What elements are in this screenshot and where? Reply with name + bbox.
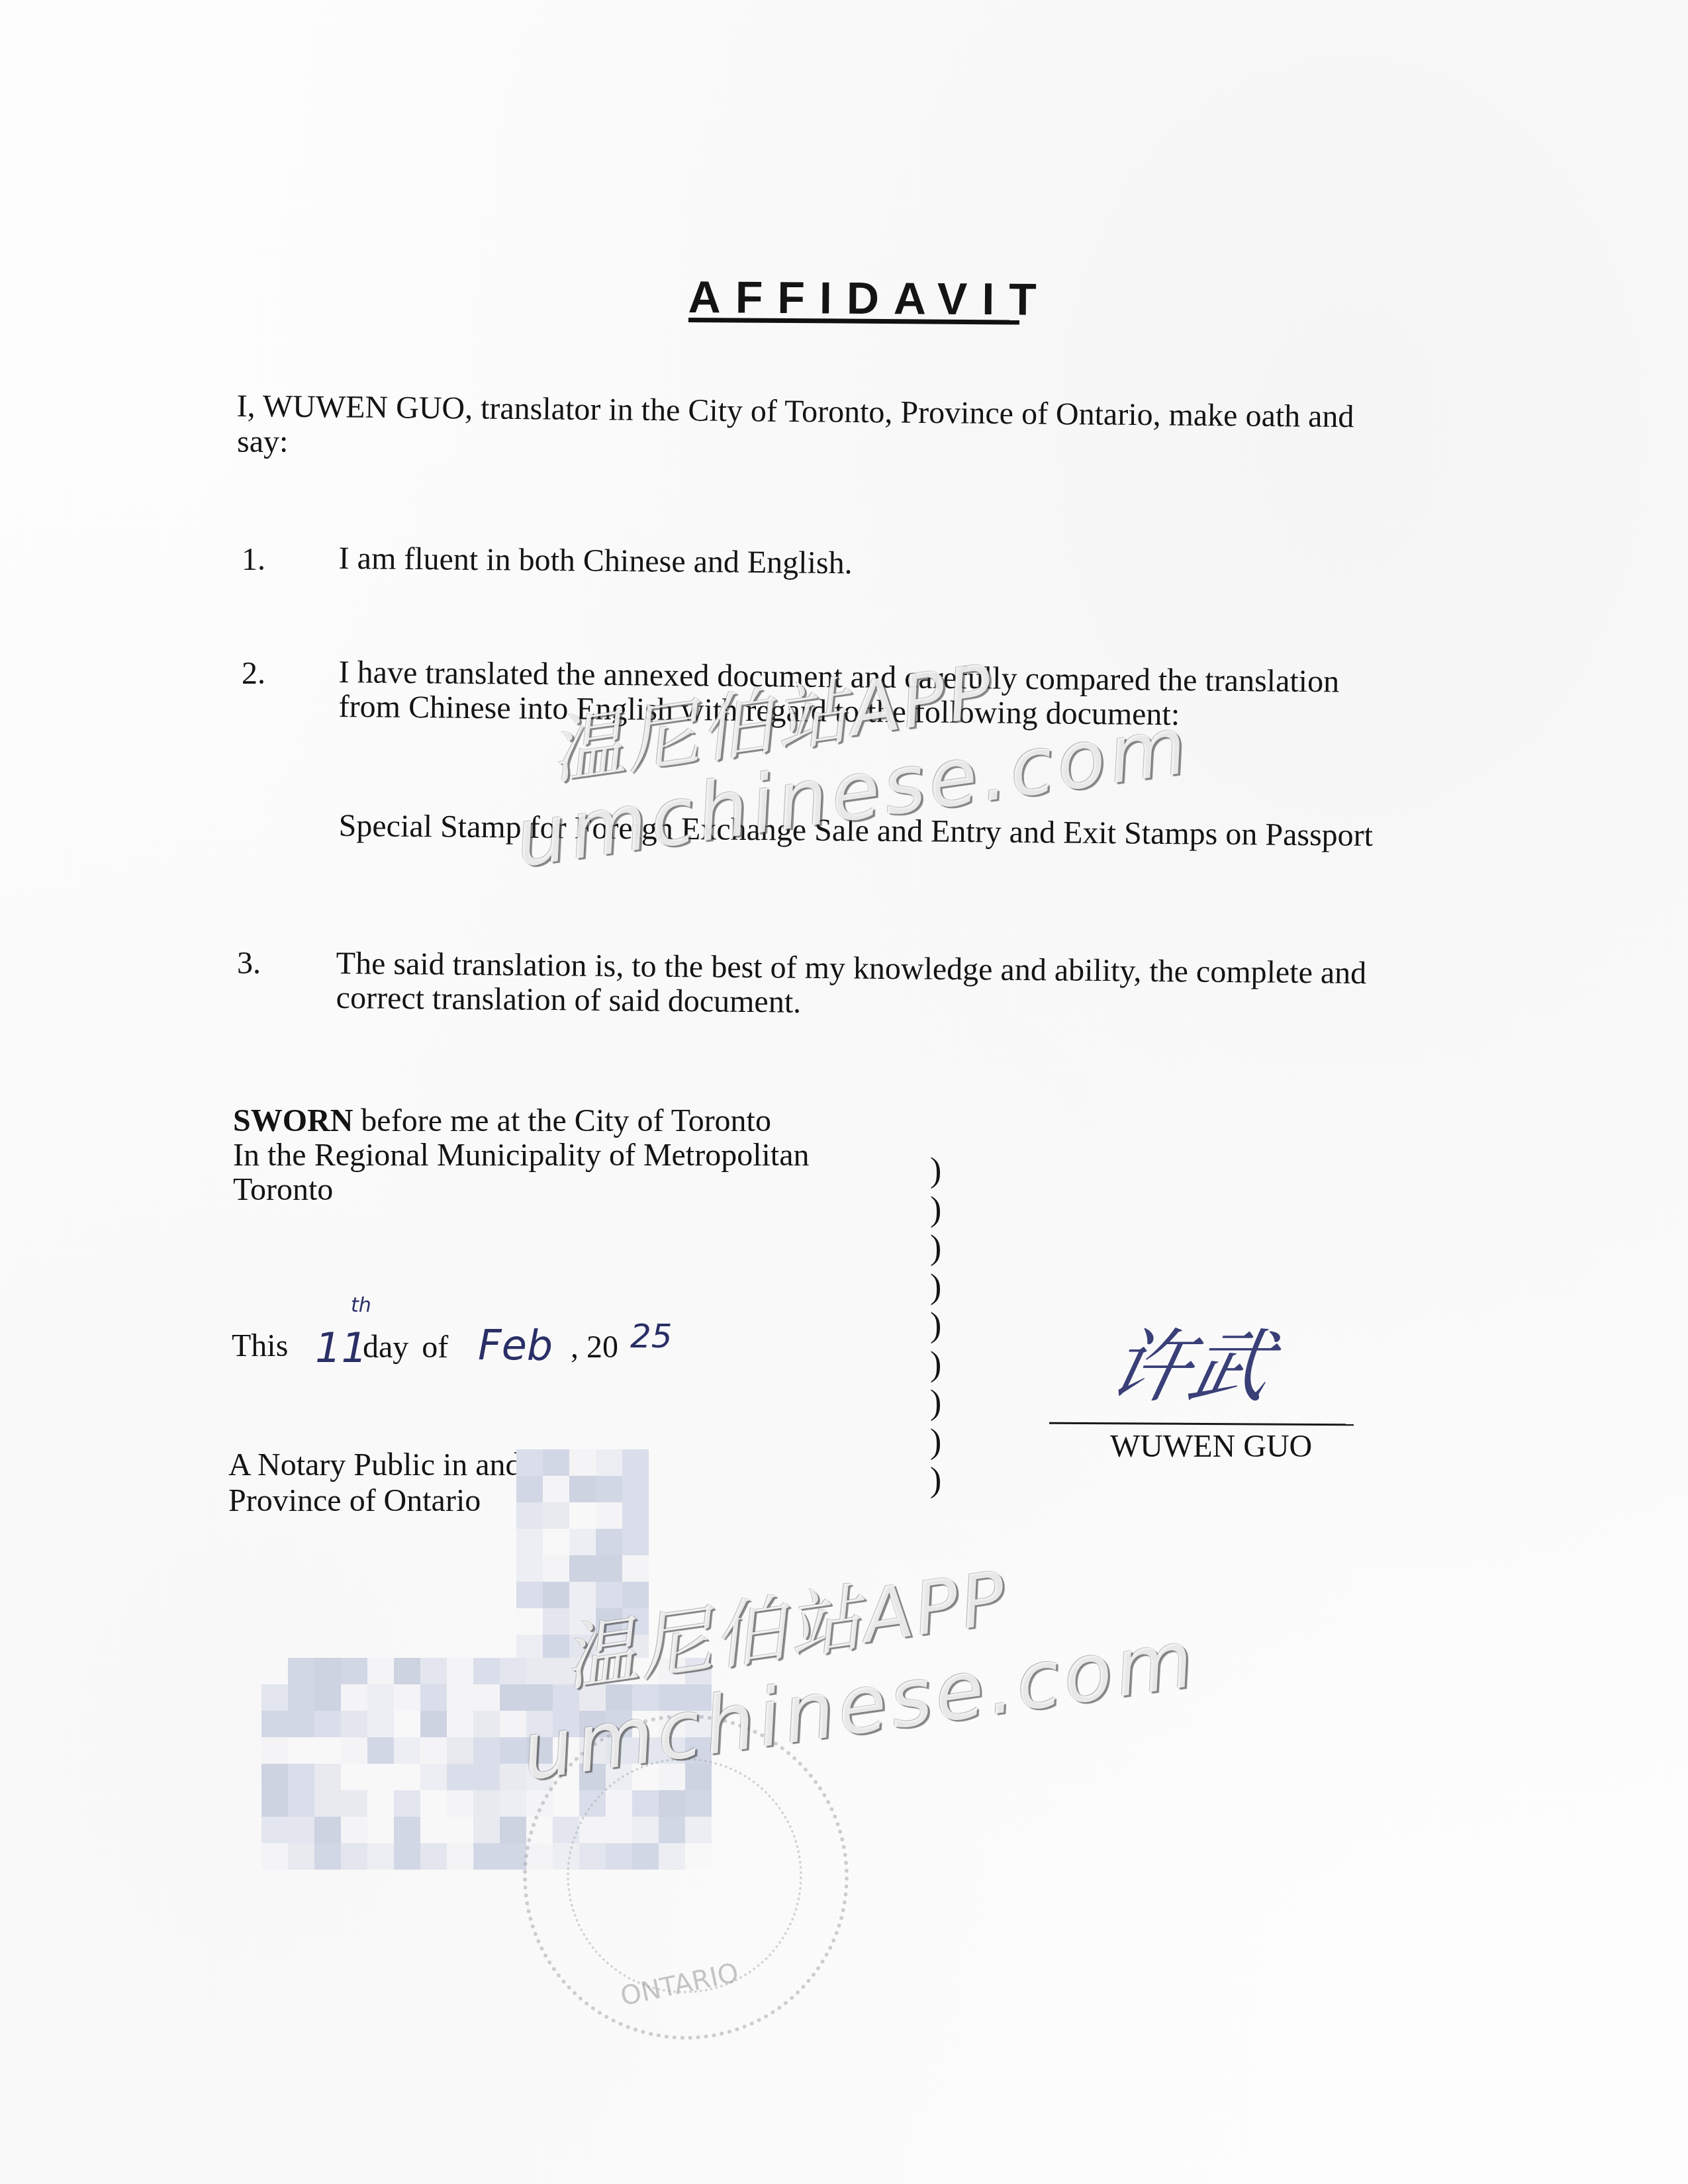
date-mid: day of xyxy=(363,1330,448,1365)
bracket: ) xyxy=(930,1268,941,1307)
bracket: ) xyxy=(930,1229,941,1268)
bracket: ) xyxy=(930,1191,941,1230)
intro-line-2: say: xyxy=(237,425,288,459)
jurat-line-3: Toronto xyxy=(233,1173,333,1207)
notary-line-2: Province of Ontario xyxy=(228,1484,481,1518)
jurat-line-1: SWORN before me at the City of Toronto xyxy=(233,1104,771,1138)
item-2-line-2: from Chinese into English with regard to… xyxy=(339,690,1180,732)
item-number-2: 2. xyxy=(242,655,265,692)
notary-seal-emboss: ONTARIO xyxy=(523,1714,849,2040)
item-3-line-2: correct translation of said document. xyxy=(336,981,802,1020)
jurat-bracket-column: ) ) ) ) ) ) ) ) ) xyxy=(930,1152,941,1500)
translator-printed-name: WUWEN GUO xyxy=(1110,1430,1312,1464)
item-number-1: 1. xyxy=(242,541,265,578)
date-year-handwritten: 25 xyxy=(630,1317,673,1355)
notary-line-1: A Notary Public in and fo xyxy=(228,1448,556,1482)
signature-line xyxy=(1049,1422,1354,1426)
bracket: ) xyxy=(930,1306,941,1345)
item-1-text: I am fluent in both Chinese and English. xyxy=(339,541,853,580)
intro-line-1: I, WUWEN GUO, translator in the City of … xyxy=(237,389,1354,434)
date-year-printed: , 20 xyxy=(571,1330,618,1365)
translated-document-name: Special Stamp for Foreign Exchange Sale … xyxy=(339,809,1374,853)
jurat-line-2: In the Regional Municipality of Metropol… xyxy=(233,1138,810,1173)
translator-signature: 许武 xyxy=(1100,1304,1284,1418)
document-title: AFFIDAVIT xyxy=(688,271,1051,326)
redaction-mosaic xyxy=(516,1449,649,1661)
bracket: ) xyxy=(930,1461,941,1500)
notary-seal-inner-ring xyxy=(567,1758,802,1993)
affidavit-page: AFFIDAVIT I, WUWEN GUO, translator in th… xyxy=(0,0,1688,2184)
sworn-label: SWORN xyxy=(233,1103,353,1138)
jurat-line-1-rest: before me at the City of Toronto xyxy=(353,1103,771,1138)
bracket: ) xyxy=(930,1423,941,1462)
date-month-handwritten: Feb xyxy=(478,1321,553,1369)
date-prefix: This xyxy=(232,1329,288,1363)
date-day-handwritten: 11 xyxy=(315,1324,367,1372)
bracket: ) xyxy=(930,1152,941,1191)
item-number-3: 3. xyxy=(237,945,261,981)
bracket: ) xyxy=(930,1384,941,1423)
date-day-suffix-handwritten: th xyxy=(351,1294,371,1317)
bracket: ) xyxy=(930,1345,941,1385)
